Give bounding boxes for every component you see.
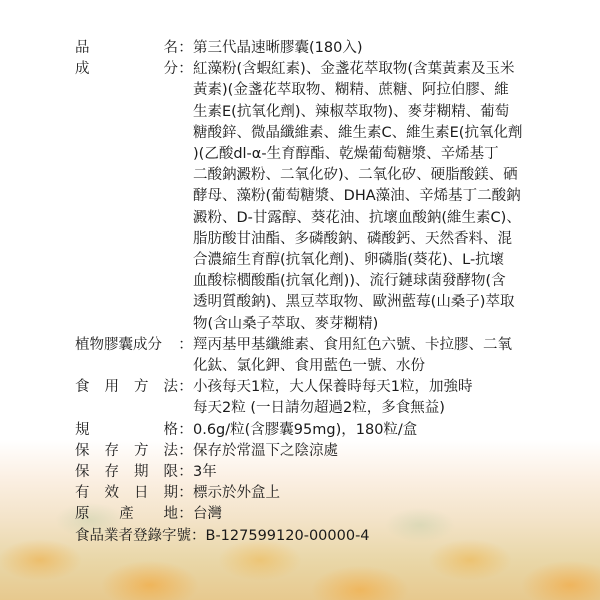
field-registration-number: 食品業者登錄字號 ： B-127599120-00000-4: [75, 526, 595, 547]
field-label: 保 存 方 法: [75, 441, 178, 462]
ingredients-list: 紅藻粉(含蝦紅素)、金盞花萃取物(含葉黃素及玉米 黃素)(金盞花萃取物、糊精、蔗…: [193, 59, 578, 335]
field-value: 0.6g/粒(含膠囊95mg)，180粒/盒: [193, 420, 578, 441]
field-expiry-date: 有 效 日 期 ： 標示於外盒上: [75, 483, 595, 504]
registration-label: 食品業者登錄字號: [75, 526, 191, 547]
field-capsule-ingredients: 植物膠囊成分 ： 羥丙基甲基纖維素、食用紅色六號、卡拉膠、二氧 化鈦、氯化鉀、食…: [75, 335, 595, 377]
field-label: 成 分: [75, 59, 178, 80]
colon: ：: [178, 441, 193, 462]
field-value: 台灣: [193, 504, 578, 525]
field-origin: 原 產 地 ： 台灣: [75, 504, 595, 525]
colon: ：: [178, 59, 193, 80]
colon: ：: [178, 462, 193, 483]
field-label: 保 存 期 限: [75, 462, 178, 483]
field-ingredients: 成 分 ： 紅藻粉(含蝦紅素)、金盞花萃取物(含葉黃素及玉米 黃素)(金盞花萃取…: [75, 59, 595, 335]
colon: ：: [191, 526, 206, 547]
colon: ：: [178, 420, 193, 441]
field-value: 保存於常溫下之陰涼處: [193, 441, 578, 462]
field-value: 第三代晶速晰膠囊(180入): [193, 38, 578, 59]
field-value: 小孩每天1粒，大人保養時每天1粒，加強時 每天2粒 (一日請勿超過2粒，多食無益…: [193, 377, 578, 419]
registration-value: B-127599120-00000-4: [206, 526, 370, 547]
field-value: 羥丙基甲基纖維素、食用紅色六號、卡拉膠、二氧 化鈦、氯化鉀、食用藍色一號、水份: [193, 335, 578, 377]
colon: ：: [178, 377, 193, 398]
field-storage-method: 保 存 方 法 ： 保存於常溫下之陰涼處: [75, 441, 595, 462]
field-label: 品 名: [75, 38, 178, 59]
field-product-name: 品 名 ： 第三代晶速晰膠囊(180入): [75, 38, 595, 59]
colon: ：: [178, 483, 193, 504]
colon: ：: [178, 335, 193, 356]
field-label: 食 用 方 法: [75, 377, 178, 398]
colon: ：: [178, 504, 193, 525]
field-label: 原 產 地: [75, 504, 178, 525]
field-value: 標示於外盒上: [193, 483, 578, 504]
field-shelf-life: 保 存 期 限 ： 3年: [75, 462, 595, 483]
field-label: 植物膠囊成分: [75, 335, 178, 356]
field-label: 規 格: [75, 420, 178, 441]
field-label: 有 效 日 期: [75, 483, 178, 504]
field-value: 3年: [193, 462, 578, 483]
colon: ：: [178, 38, 193, 59]
product-label-sheet: 品 名 ： 第三代晶速晰膠囊(180入) 成 分 ： 紅藻粉(含蝦紅素)、金盞花…: [75, 38, 595, 547]
field-usage: 食 用 方 法 ： 小孩每天1粒，大人保養時每天1粒，加強時 每天2粒 (一日請…: [75, 377, 595, 419]
field-specification: 規 格 ： 0.6g/粒(含膠囊95mg)，180粒/盒: [75, 420, 595, 441]
